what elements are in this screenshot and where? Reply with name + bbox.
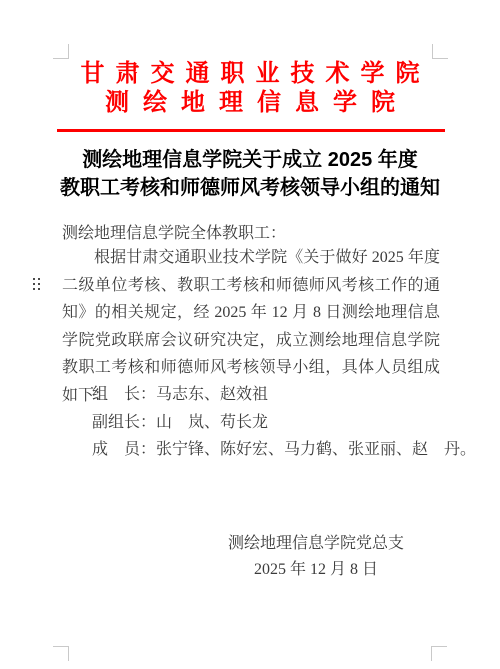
corner-mark-top-right-icon	[432, 44, 448, 59]
member-role: 成 员：	[92, 441, 156, 458]
corner-mark-bottom-right-icon	[431, 646, 447, 661]
document-page: 甘肃交通职业技术学院 测绘地理信息学院 测绘地理信息学院关于成立 2025 年度…	[0, 0, 500, 669]
page-title-line2: 教职工考核和师德师风考核领导小组的通知	[0, 174, 500, 202]
corner-mark-top-left-icon	[53, 44, 69, 59]
member-role: 副组长：	[92, 414, 156, 431]
drag-handle-icon[interactable]	[33, 278, 35, 280]
signature-org: 测绘地理信息学院党总支	[228, 531, 404, 557]
page-title: 测绘地理信息学院关于成立 2025 年度 教职工考核和师德师风考核领导小组的通知	[0, 146, 500, 202]
letterhead-line1: 甘肃交通职业技术学院	[0, 59, 500, 88]
signature-date: 2025 年 12 月 8 日	[228, 557, 404, 583]
list-item: 副组长：山 岚、苟长龙	[92, 409, 476, 437]
member-list: 组 长：马志东、赵效祖 副组长：山 岚、苟长龙 成 员：张宁锋、陈好宏、马力鹤、…	[92, 381, 476, 464]
letterhead-line2: 测绘地理信息学院	[0, 88, 500, 117]
member-names: 张宁锋、陈好宏、马力鹤、张亚丽、赵 丹。	[156, 441, 476, 458]
letterhead: 甘肃交通职业技术学院 测绘地理信息学院	[0, 59, 500, 117]
corner-mark-bottom-left-icon	[53, 646, 69, 661]
salutation: 测绘地理信息学院全体教职工：	[62, 224, 286, 244]
member-role: 组 长：	[92, 386, 156, 403]
letterhead-divider	[57, 129, 445, 132]
signature-block: 测绘地理信息学院党总支 2025 年 12 月 8 日	[228, 531, 404, 583]
member-names: 马志东、赵效祖	[156, 386, 268, 403]
member-names: 山 岚、苟长龙	[156, 414, 268, 431]
page-title-line1: 测绘地理信息学院关于成立 2025 年度	[0, 146, 500, 174]
list-item: 成 员：张宁锋、陈好宏、马力鹤、张亚丽、赵 丹。	[92, 436, 476, 464]
list-item: 组 长：马志东、赵效祖	[92, 381, 476, 409]
